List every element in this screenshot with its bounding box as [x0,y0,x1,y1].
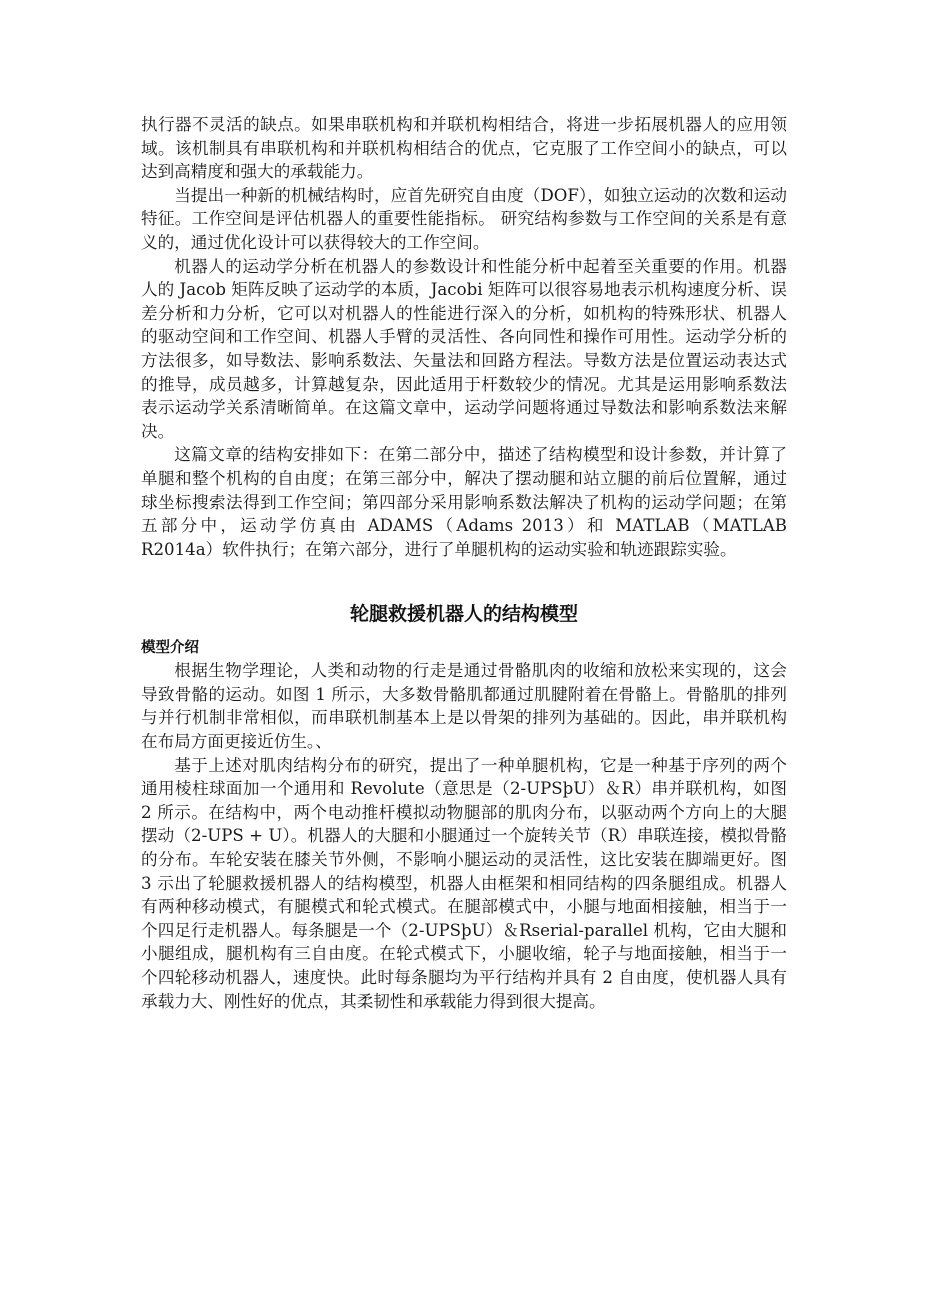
document-page: 执行器不灵活的缺点。如果串联机构和并联机构相结合，将进一步拓展机器人的应用领域。… [141,113,787,1013]
model-paragraph-mechanism: 基于上述对肌肉结构分布的研究，提出了一种单腿机构，它是一种基于序列的两个通用棱柱… [141,754,787,1014]
section-title: 轮腿救援机器人的结构模型 [141,601,787,627]
subsection-title: 模型介绍 [141,637,787,659]
intro-paragraph-continued: 执行器不灵活的缺点。如果串联机构和并联机构相结合，将进一步拓展机器人的应用领域。… [141,113,787,184]
intro-paragraph-kinematics: 机器人的运动学分析在机器人的参数设计和性能分析中起着至关重要的作用。机器人的 J… [141,255,787,444]
intro-paragraph-dof: 当提出一种新的机械结构时，应首先研究自由度（DOF），如独立运动的次数和运动特征… [141,184,787,255]
model-paragraph-biology: 根据生物学理论，人类和动物的行走是通过骨骼肌肉的收缩和放松来实现的，这会导致骨骼… [141,659,787,753]
intro-paragraph-structure: 这篇文章的结构安排如下：在第二部分中，描述了结构模型和设计参数，并计算了单腿和整… [141,443,787,561]
